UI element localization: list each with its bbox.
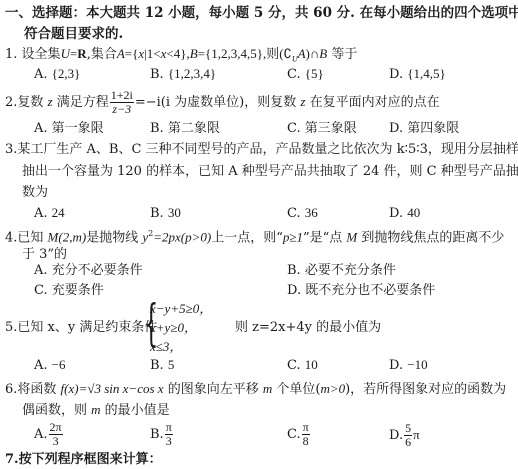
question-3-line2: 抽出一个容量为 120 的样本，已知 A 种型号产品共抽取了 24 件，则 C …: [22, 163, 518, 181]
option-d: D. 既不充分也不必要条件: [287, 282, 435, 300]
option-d: D. 40: [389, 204, 420, 223]
question-number: 1.: [5, 47, 17, 62]
option-c: C. {5}: [287, 65, 324, 84]
question-6-line1: 6.将函数 f(x)=√3 sin x−cos x 的图象向左平移 m 个单位(…: [5, 380, 506, 399]
option-c: C. 36: [287, 204, 318, 223]
constraint-1: x−y+5≥0，: [150, 300, 212, 318]
option-b: B. 5: [150, 356, 174, 375]
option-a: A. 第一象限: [34, 120, 104, 138]
option-b: B. 第二象限: [150, 120, 220, 138]
question-5-stem-before: 5.已知 x、y 满足约束条件: [5, 319, 157, 337]
option-d: D. 第四象限: [389, 120, 459, 138]
option-a: A. 充分不必要条件: [34, 262, 143, 280]
constraint-2: x+y≥0，: [150, 319, 197, 337]
option-c: C. 10: [287, 356, 318, 375]
option-c: C. 第三象限: [287, 120, 357, 138]
constraint-3: x≤3，: [150, 338, 182, 356]
option-d: D. −10: [389, 356, 428, 375]
complement-symbol: ∁: [284, 46, 292, 61]
option-a: A.2π3: [34, 420, 64, 450]
option-a: A. {2,3}: [34, 65, 80, 84]
question-5-stem-after: 则 z=2x+4y 的最小值为: [235, 319, 381, 337]
option-b: B. {1,2,3,4}: [150, 65, 216, 84]
option-c: C. 充要条件: [34, 282, 104, 300]
option-a: A. 24: [34, 204, 65, 223]
option-a: A. −6: [34, 356, 66, 375]
section-title-line1: 一、选择题：本大题共 12 小题，每小题 5 分，共 60 分. 在每小题给出的…: [5, 4, 518, 22]
option-d: D.56π: [389, 420, 420, 451]
option-d: D. {1,4,5}: [389, 65, 446, 84]
section-title-line2: 符合题目要求的.: [24, 25, 123, 43]
question-4-line1: 4.已知 M(2,m)是抛物线 y2=2px(p>0)上一点，则“p≥1”是“点…: [5, 225, 504, 247]
fraction: 1+2iz−3: [110, 89, 134, 116]
option-c: C.π8: [287, 420, 311, 450]
option-b: B.π3: [150, 420, 174, 450]
option-b: B. 必要不充分条件: [287, 262, 396, 280]
question-7-stem: 7.按下列程序框图来计算：: [5, 451, 162, 469]
question-6-line2: 偶函数，则 m 的最小值是: [22, 401, 170, 420]
question-3-line1: 3.某工厂生产 A、B、C 三种不同型号的产品，产品数量之比依次为 k∶5∶3，…: [5, 141, 518, 159]
option-b: B. 30: [150, 204, 181, 223]
question-2-stem: 2.复数 z 满足方程1+2iz−3=−i(i 为虚数单位)，则复数 z 在复平…: [5, 86, 440, 119]
question-3-line3: 数为: [22, 184, 48, 202]
